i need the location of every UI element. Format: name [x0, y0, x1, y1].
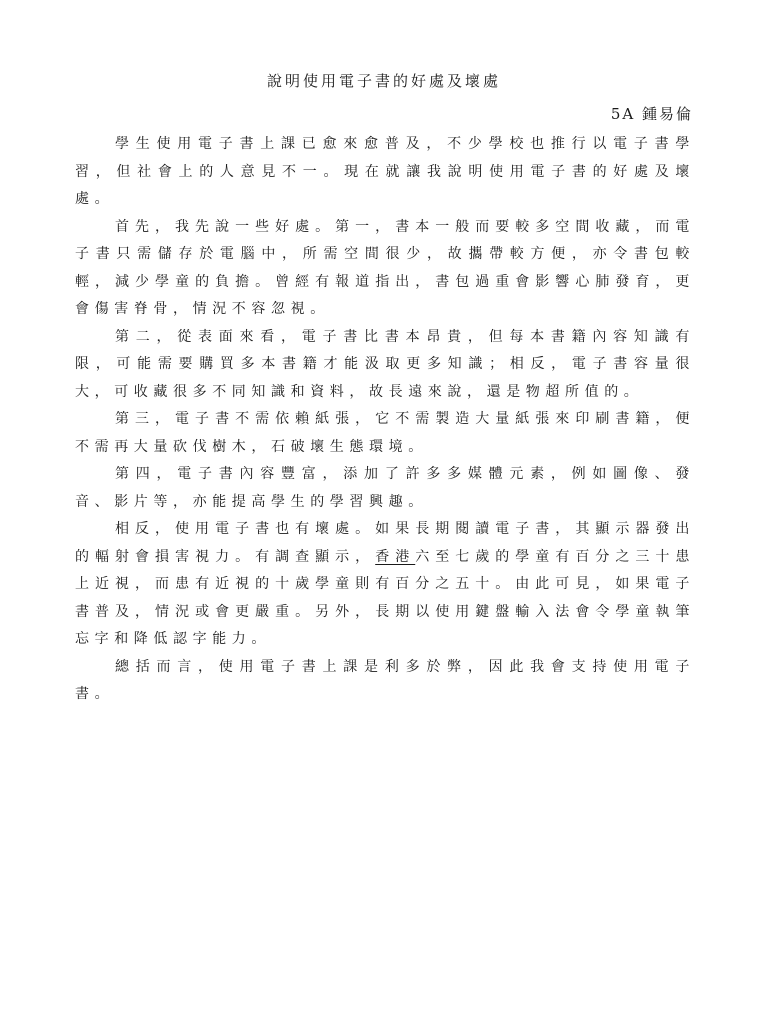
- paragraph-advantage-2: 第二，從表面來看，電子書比書本昂貴，但每本書籍內容知識有限，可能需要購買多本書籍…: [75, 324, 695, 407]
- paragraph-advantage-4: 第四，電子書內容豐富，添加了許多多媒體元素，例如圖像、發音、影片等，亦能提高學生…: [75, 461, 695, 516]
- paragraph-advantage-3: 第三，電子書不需依賴紙張，它不需製造大量紙張來印刷書籍，便不需再大量砍伐樹木，石…: [75, 406, 695, 461]
- paragraph-conclusion: 總括而言，使用電子書上課是利多於弊，因此我會支持使用電子書。: [75, 654, 695, 709]
- paragraph-intro: 學生使用電子書上課已愈來愈普及，不少學校也推行以電子書學習，但社會上的人意見不一…: [75, 131, 695, 214]
- underlined-place-name: 香港: [375, 549, 415, 565]
- paragraph-advantage-1: 首先，我先說一些好處。第一，書本一般而要較多空間收藏，而電子書只需儲存於電腦中，…: [75, 214, 695, 324]
- document-page: 說明使用電子書的好處及壞處 5A 鍾易倫 學生使用電子書上課已愈來愈普及，不少學…: [0, 0, 768, 1024]
- paragraph-disadvantages: 相反，使用電子書也有壞處。如果長期閱讀電子書，其顯示器發出的輻射會損害視力。有調…: [75, 516, 695, 654]
- essay-body: 學生使用電子書上課已愈來愈普及，不少學校也推行以電子書學習，但社會上的人意見不一…: [75, 131, 695, 709]
- author-line: 5A 鍾易倫: [611, 103, 693, 124]
- document-title: 說明使用電子書的好處及壞處: [0, 70, 768, 91]
